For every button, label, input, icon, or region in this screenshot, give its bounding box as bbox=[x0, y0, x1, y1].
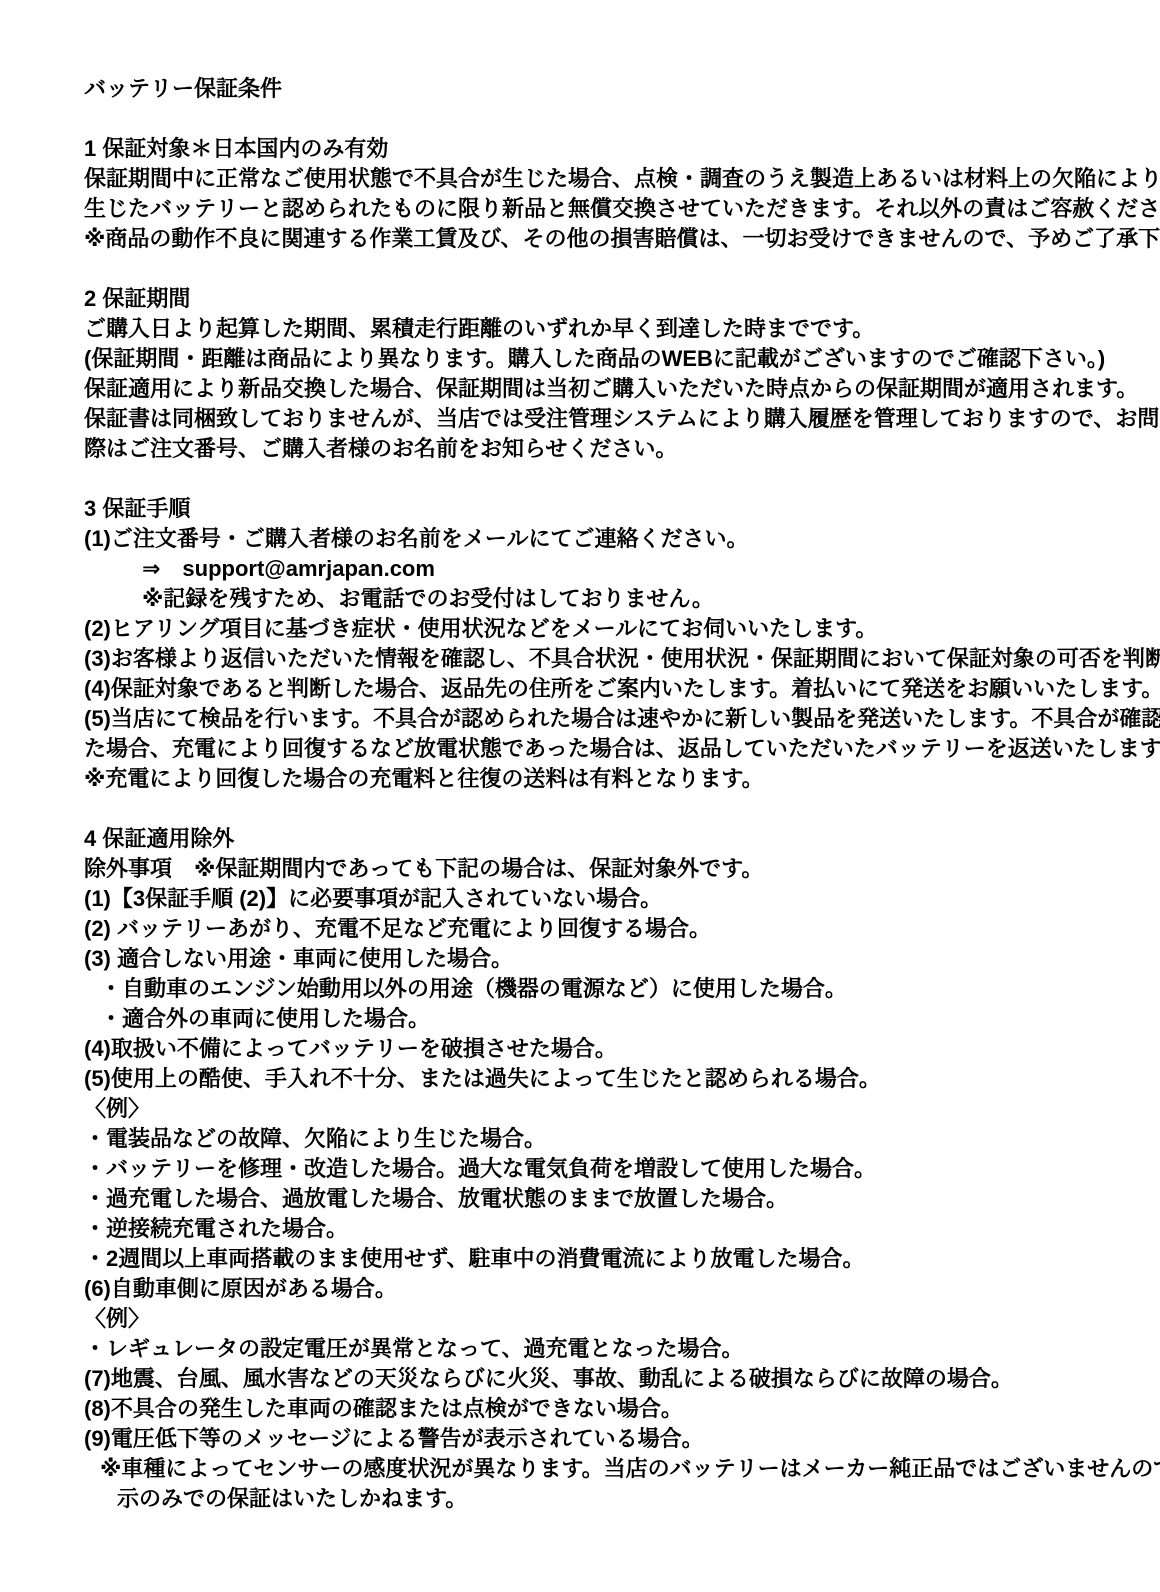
document-body: 1 保証対象＊日本国内のみ有効保証期間中に正常なご使用状態で不具合が生じた場合、… bbox=[84, 104, 1100, 1514]
text-line: ご購入日より起算した期間、累積走行距離のいずれか早く到達した時までです。 bbox=[84, 314, 1100, 344]
text-line: (保証期間・距離は商品により異なります。購入した商品のWEBに記載がございますの… bbox=[84, 344, 1100, 374]
blank-line bbox=[84, 794, 1100, 824]
text-line: ・逆接続充電された場合。 bbox=[84, 1214, 1100, 1244]
text-line: た場合、充電により回復するなど放電状態であった場合は、返品していただいたバッテリ… bbox=[84, 734, 1100, 764]
text-line: (1)ご注文番号・ご購入者様のお名前をメールにてご連絡ください。 bbox=[84, 524, 1100, 554]
text-line: ・レギュレータの設定電圧が異常となって、過充電となった場合。 bbox=[84, 1334, 1100, 1364]
text-line: (4)取扱い不備によってバッテリーを破損させた場合。 bbox=[84, 1034, 1100, 1064]
text-line: ・自動車のエンジン始動用以外の用途（機器の電源など）に使用した場合。 bbox=[84, 974, 1100, 1004]
text-line: ・適合外の車両に使用した場合。 bbox=[84, 1004, 1100, 1034]
text-line: 除外事項 ※保証期間内であっても下記の場合は、保証対象外です。 bbox=[84, 854, 1100, 884]
support-email: ⇒ support@amrjapan.com bbox=[84, 554, 1100, 584]
text-line: ・電装品などの故障、欠陥により生じた場合。 bbox=[84, 1124, 1100, 1154]
blank-line bbox=[84, 254, 1100, 284]
text-line: 生じたバッテリーと認められたものに限り新品と無償交換させていただきます。それ以外… bbox=[84, 194, 1100, 224]
section-heading: 2 保証期間 bbox=[84, 284, 1100, 314]
warranty-document-page: バッテリー保証条件 1 保証対象＊日本国内のみ有効保証期間中に正常なご使用状態で… bbox=[0, 0, 1160, 1592]
text-line: 保証適用により新品交換した場合、保証期間は当初ご購入いただいた時点からの保証期間… bbox=[84, 374, 1100, 404]
text-line: (2) バッテリーあがり、充電不足など充電により回復する場合。 bbox=[84, 914, 1100, 944]
blank-line bbox=[84, 464, 1100, 494]
text-line: 際はご注文番号、ご購入者様のお名前をお知らせください。 bbox=[84, 434, 1100, 464]
section-heading: 1 保証対象＊日本国内のみ有効 bbox=[84, 134, 1100, 164]
text-line: 保証書は同梱致しておりませんが、当店では受注管理システムにより購入履歴を管理して… bbox=[84, 404, 1100, 434]
text-line: (7)地震、台風、風水害などの天災ならびに火災、事故、動乱による破損ならびに故障… bbox=[84, 1364, 1100, 1394]
text-line: (3)お客様より返信いただいた情報を確認し、不具合状況・使用状況・保証期間におい… bbox=[84, 644, 1100, 674]
text-line: ※車種によってセンサーの感度状況が異なります。当店のバッテリーはメーカー純正品で… bbox=[84, 1454, 1100, 1484]
text-line: (9)電圧低下等のメッセージによる警告が表示されている場合。 bbox=[84, 1424, 1100, 1454]
text-line: (3) 適合しない用途・車両に使用した場合。 bbox=[84, 944, 1100, 974]
text-line: ※記録を残すため、お電話でのお受付はしておりません。 bbox=[84, 584, 1100, 614]
text-line: (4)保証対象であると判断した場合、返品先の住所をご案内いたします。着払いにて発… bbox=[84, 674, 1100, 704]
text-line: 〈例〉 bbox=[84, 1304, 1100, 1334]
text-line: (6)自動車側に原因がある場合。 bbox=[84, 1274, 1100, 1304]
text-line: ※充電により回復した場合の充電料と往復の送料は有料となります。 bbox=[84, 764, 1100, 794]
text-line: (2)ヒアリング項目に基づき症状・使用状況などをメールにてお伺いいたします。 bbox=[84, 614, 1100, 644]
text-line: 示のみでの保証はいたしかねます。 bbox=[84, 1484, 1100, 1514]
text-line: (8)不具合の発生した車両の確認または点検ができない場合。 bbox=[84, 1394, 1100, 1424]
text-line: ・バッテリーを修理・改造した場合。過大な電気負荷を増設して使用した場合。 bbox=[84, 1154, 1100, 1184]
section-heading: 3 保証手順 bbox=[84, 494, 1100, 524]
text-line: (5)使用上の酷使、手入れ不十分、または過失によって生じたと認められる場合。 bbox=[84, 1064, 1100, 1094]
section-heading: 4 保証適用除外 bbox=[84, 824, 1100, 854]
text-line: ※商品の動作不良に関連する作業工賃及び、その他の損害賠償は、一切お受けできません… bbox=[84, 224, 1100, 254]
text-line: (1)【3保証手順 (2)】に必要事項が記入されていない場合。 bbox=[84, 884, 1100, 914]
text-line: 保証期間中に正常なご使用状態で不具合が生じた場合、点検・調査のうえ製造上あるいは… bbox=[84, 164, 1100, 194]
text-line: ・2週間以上車両搭載のまま使用せず、駐車中の消費電流により放電した場合。 bbox=[84, 1244, 1100, 1274]
text-line: ・過充電した場合、過放電した場合、放電状態のままで放置した場合。 bbox=[84, 1184, 1100, 1214]
document-title: バッテリー保証条件 bbox=[84, 74, 1100, 104]
blank-line bbox=[84, 104, 1100, 134]
text-line: (5)当店にて検品を行います。不具合が認められた場合は速やかに新しい製品を発送い… bbox=[84, 704, 1100, 734]
text-line: 〈例〉 bbox=[84, 1094, 1100, 1124]
